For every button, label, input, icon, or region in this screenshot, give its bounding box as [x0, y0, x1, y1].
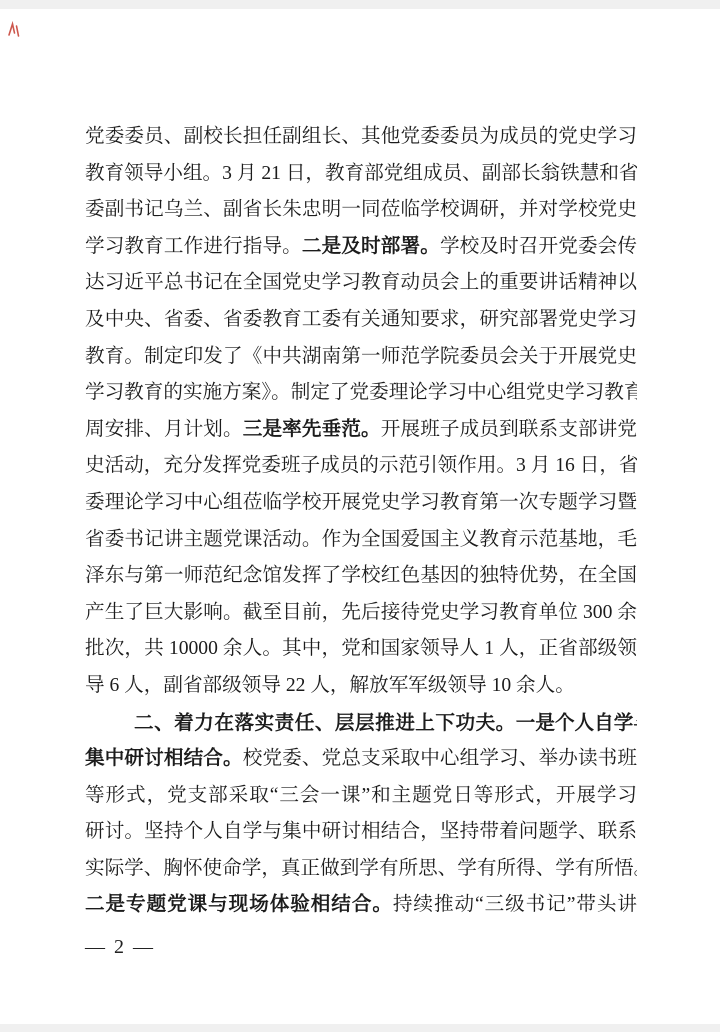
text-line: 及中央、省委、省委教育工委有关通知要求，研究部署党史学习: [85, 302, 637, 339]
text-line: 批次，共 10000 余人。其中，党和国家领导人 1 人，正省部级领: [85, 631, 637, 668]
text-line: 二、着力在落实责任、层层推进上下功夫。一是个人自学与: [85, 705, 637, 742]
text-run: 党委委员、副校长担任副组长、其他党委委员为成员的党史学习: [85, 126, 637, 147]
text-line: 学习教育的实施方案》。制定了党委理论学习中心组党史学习教育: [85, 375, 637, 412]
text-run: 实际学、胸怀使命学，真正做到学有所思、学有所得、学有所悟。: [85, 858, 637, 879]
text-line: 泽东与第一师范纪念馆发挥了学校红色基因的独特优势，在全国: [85, 558, 637, 595]
text-run: 批次，共 10000 余人。其中，党和国家领导人 1 人，正省部级领: [85, 638, 637, 659]
text-run: 泽东与第一师范纪念馆发挥了学校红色基因的独特优势，在全国: [85, 565, 637, 586]
text-line: 二是专题党课与现场体验相结合。持续推动“三级书记”带头讲: [85, 887, 637, 924]
text-run: 学习教育工作进行指导。: [85, 236, 302, 257]
text-run: 持续推动“三级书记”带头讲: [393, 894, 637, 915]
emphasis-text-run: 二是及时部署。: [302, 236, 440, 257]
text-run: 省委书记讲主题党课活动。作为全国爱国主义教育示范基地，毛: [85, 529, 637, 550]
text-run: 研讨。坚持个人自学与集中研讨相结合，坚持带着问题学、联系: [85, 821, 637, 842]
text-line: 达习近平总书记在全国党史学习教育动员会上的重要讲话精神以: [85, 265, 637, 302]
red-pen-mark-icon: [6, 20, 22, 42]
text-line: 周安排、月计划。三是率先垂范。开展班子成员到联系支部讲党: [85, 412, 637, 449]
text-line: 产生了巨大影响。截至目前，先后接待党史学习教育单位 300 余: [85, 595, 637, 632]
emphasis-text-run: 一是个人自学与: [516, 713, 637, 734]
text-run: 史活动，充分发挥党委班子成员的示范引领作用。3 月 16 日，省: [85, 455, 637, 476]
text-run: 开展班子成员到联系支部讲党: [381, 419, 637, 440]
text-line: 史活动，充分发挥党委班子成员的示范引领作用。3 月 16 日，省: [85, 448, 637, 485]
text-run: 委副书记乌兰、副省长朱忠明一同莅临学校调研，并对学校党史: [85, 199, 637, 220]
text-line: 省委书记讲主题党课活动。作为全国爱国主义教育示范基地，毛: [85, 522, 637, 559]
document-page: { "page": { "number_label": "— 2 —", "ba…: [0, 0, 720, 1032]
text-line: 党委委员、副校长担任副组长、其他党委委员为成员的党史学习: [85, 119, 637, 156]
text-run: 学校及时召开党委会传: [440, 236, 637, 257]
page-number: — 2 —: [85, 936, 155, 959]
scan-edge-top: [0, 0, 720, 9]
emphasis-text-run: 集中研讨相结合。: [85, 748, 243, 769]
text-run: 校党委、党总支采取中心组学习、举办读书班: [243, 748, 637, 769]
text-run: 产生了巨大影响。截至目前，先后接待党史学习教育单位 300 余: [85, 602, 637, 623]
text-run: 周安排、月计划。: [85, 419, 243, 440]
document-body-text: 党委委员、副校长担任副组长、其他党委委员为成员的党史学习教育领导小组。3 月 2…: [85, 119, 637, 924]
text-line: 导 6 人，副省部级领导 22 人，解放军军级领导 10 余人。: [85, 668, 637, 705]
text-line: 研讨。坚持个人自学与集中研讨相结合，坚持带着问题学、联系: [85, 814, 637, 851]
text-run: 教育。制定印发了《中共湖南第一师范学院委员会关于开展党史: [85, 346, 637, 367]
emphasis-text-run: 二是专题党课与现场体验相结合。: [85, 894, 393, 915]
text-run: 导 6 人，副省部级领导 22 人，解放军军级领导 10 余人。: [85, 675, 575, 696]
text-run: 教育领导小组。3 月 21 日，教育部党组成员、副部长翁铁慧和省: [85, 163, 637, 184]
text-line: 集中研讨相结合。校党委、党总支采取中心组学习、举办读书班: [85, 741, 637, 778]
text-run: 及中央、省委、省委教育工委有关通知要求，研究部署党史学习: [85, 309, 637, 330]
text-run: 等形式，党支部采取“三会一课”和主题党日等形式，开展学习: [85, 785, 637, 806]
text-line: 教育领导小组。3 月 21 日，教育部党组成员、副部长翁铁慧和省: [85, 156, 637, 193]
text-line: 实际学、胸怀使命学，真正做到学有所思、学有所得、学有所悟。: [85, 851, 637, 888]
emphasis-text-run: 二、着力在落实责任、层层推进上下功夫。: [134, 712, 516, 734]
text-line: 委副书记乌兰、副省长朱忠明一同莅临学校调研，并对学校党史: [85, 192, 637, 229]
scan-edge-bottom: [0, 1024, 720, 1032]
text-run: 达习近平总书记在全国党史学习教育动员会上的重要讲话精神以: [85, 272, 637, 293]
text-line: 委理论学习中心组莅临学校开展党史学习教育第一次专题学习暨: [85, 485, 637, 522]
text-run: 学习教育的实施方案》。制定了党委理论学习中心组党史学习教育: [85, 382, 637, 403]
text-line: 学习教育工作进行指导。二是及时部署。学校及时召开党委会传: [85, 229, 637, 266]
text-run: 委理论学习中心组莅临学校开展党史学习教育第一次专题学习暨: [85, 492, 637, 513]
text-line: 教育。制定印发了《中共湖南第一师范学院委员会关于开展党史: [85, 339, 637, 376]
emphasis-text-run: 三是率先垂范。: [243, 419, 381, 440]
text-line: 等形式，党支部采取“三会一课”和主题党日等形式，开展学习: [85, 778, 637, 815]
